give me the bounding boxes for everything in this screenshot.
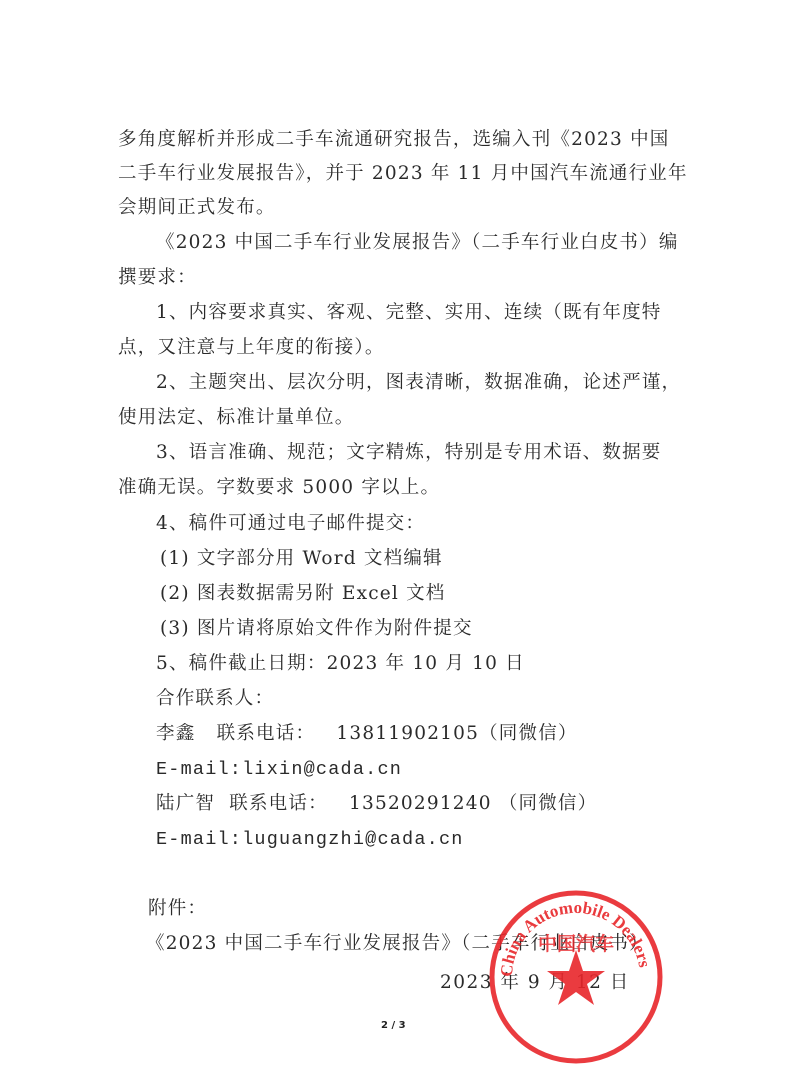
contact-1-note: （同微信）: [479, 723, 578, 744]
contact-2-name: 陆广智: [156, 793, 215, 814]
contact-2-phone-label: 联系电话：: [229, 793, 328, 814]
contact-1-phone-label: 联系电话：: [217, 723, 316, 744]
paragraph-line: 1、内容要求真实、客观、完整、实用、连续（既有年度特: [156, 301, 661, 325]
contact-1-phone-line: 李鑫 联系电话： 13811902105（同微信）: [156, 722, 578, 746]
paragraph-line: 准确无误。字数要求 5000 字以上。: [118, 476, 440, 500]
attachment-title: 《2023 中国二手车行业发展报告》（二手车行业白皮书）: [146, 932, 649, 956]
page-number: 2 / 3: [381, 1020, 406, 1031]
contact-2-email-label: E-mail:: [156, 829, 242, 850]
contact-1-name: 李鑫: [156, 723, 195, 744]
paragraph-line: (3) 图片请将原始文件作为附件提交: [160, 617, 473, 641]
paragraph-line: 4、稿件可通过电子邮件提交：: [156, 512, 425, 536]
paragraph-line: 撰要求：: [118, 266, 197, 290]
paragraph-line: 会期间正式发布。: [118, 196, 276, 220]
paragraph-line: 《2023 中国二手车行业发展报告》（二手车行业白皮书）编: [156, 231, 679, 255]
contacts-label: 合作联系人：: [156, 687, 274, 711]
contact-2-email-line: E-mail:luguangzhi@cada.cn: [156, 827, 464, 852]
paragraph-line: 多角度解析并形成二手车流通研究报告，选编入刊《2023 中国: [118, 128, 669, 152]
contact-2-note: （同微信）: [499, 793, 598, 814]
paragraph-line: (1) 文字部分用 Word 文档编辑: [160, 547, 443, 571]
paragraph-line: 使用法定、标准计量单位。: [118, 406, 354, 430]
paragraph-line: 点，又注意与上年度的衔接）。: [118, 336, 385, 360]
contact-1-email-line: E-mail:lixin@cada.cn: [156, 757, 402, 782]
paragraph-line: 5、稿件截止日期：2023 年 10 月 10 日: [156, 652, 525, 676]
contact-1-email[interactable]: lixin@cada.cn: [242, 759, 402, 780]
contact-1-email-label: E-mail:: [156, 759, 242, 780]
paragraph-line: 3、语言准确、规范；文字精炼，特别是专用术语、数据要: [156, 441, 661, 465]
contact-2-email[interactable]: luguangzhi@cada.cn: [242, 829, 463, 850]
contact-2-phone-line: 陆广智 联系电话： 13520291240 （同微信）: [156, 792, 597, 816]
contact-1-phone: 13811902105: [336, 723, 479, 744]
attachment-label: 附件：: [148, 897, 207, 921]
paragraph-line: 2、主题突出、层次分明，图表清晰，数据准确，论述严谨，: [156, 371, 681, 395]
paragraph-line: 二手车行业发展报告》，并于 2023 年 11 月中国汽车流通行业年: [118, 162, 688, 186]
contact-2-phone: 13520291240: [349, 793, 492, 814]
paragraph-line: (2) 图表数据需另附 Excel 文档: [160, 582, 446, 606]
signature-date: 2023 年 9 月 12 日: [440, 968, 630, 994]
